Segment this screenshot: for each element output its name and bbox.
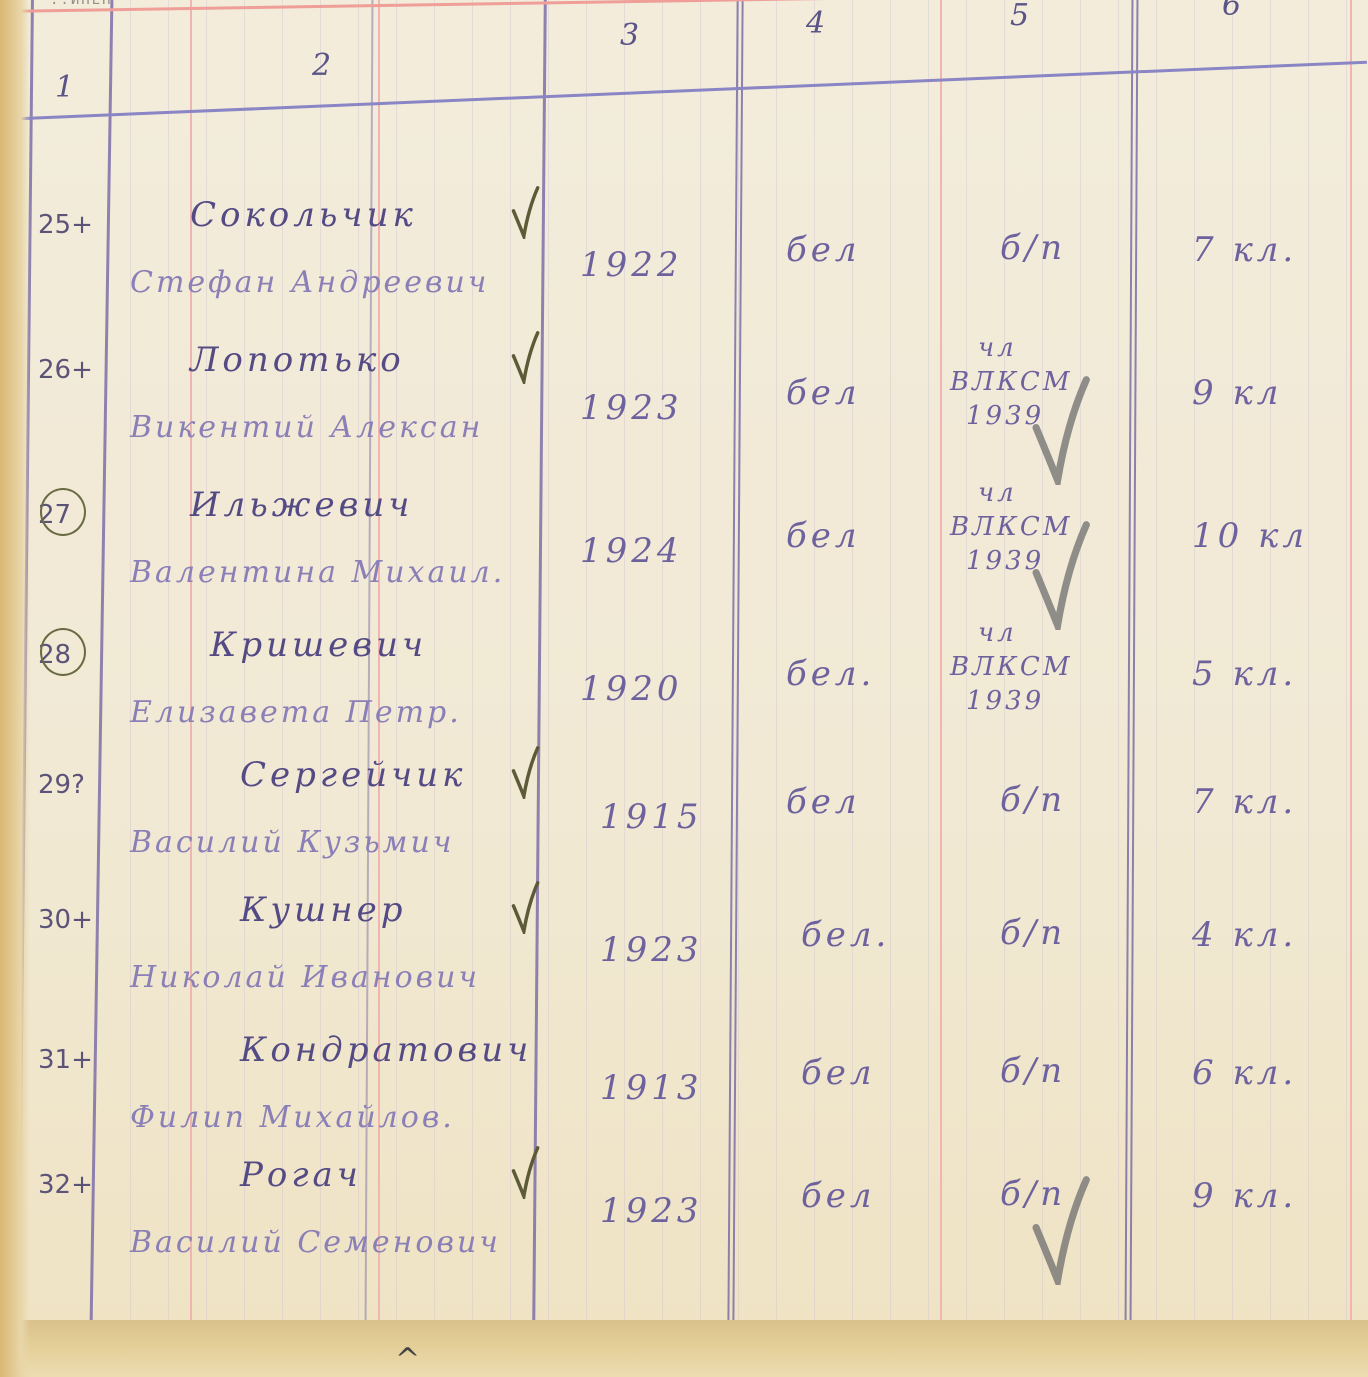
pencil-check-icon: [1020, 1175, 1100, 1285]
row-number: 31+: [38, 1045, 93, 1075]
given-names: Викентий Алексан: [130, 410, 483, 445]
surname: Кондратович: [240, 1030, 532, 1070]
surname: Рогач: [240, 1155, 362, 1195]
education: 7 кл.: [1192, 782, 1297, 822]
column-number-1: 1: [55, 70, 74, 105]
column-divider: [90, 0, 114, 1325]
party-status: чл: [978, 333, 1017, 363]
column-number-4: 4: [806, 6, 825, 41]
given-names: Елизавета Петр.: [130, 695, 462, 730]
nationality: бел: [801, 1053, 876, 1093]
given-names: Николай Иванович: [130, 960, 480, 995]
pencil-check-icon: [1020, 375, 1100, 485]
underside-mark: ^: [395, 1342, 420, 1377]
binding-edge: [0, 0, 30, 1377]
surname-check-icon: [510, 185, 540, 239]
education: 6 кл.: [1192, 1053, 1297, 1093]
pink-rule: [940, 0, 942, 1320]
party-organization: ВЛКСМ: [950, 652, 1072, 682]
row-number-circle: [40, 628, 86, 676]
party-status: б/п: [1000, 1051, 1066, 1091]
education: 9 кл: [1192, 373, 1282, 413]
page-underside: ^: [0, 1320, 1368, 1377]
nationality: бел.: [801, 915, 890, 955]
education: 10 кл: [1192, 516, 1308, 556]
pencil-check-icon: [1020, 520, 1100, 630]
given-names: Филип Михайлов.: [130, 1100, 455, 1135]
nationality: бел.: [786, 654, 875, 694]
birth-year: 1922: [580, 245, 683, 285]
faint-rule: [776, 0, 777, 1320]
faint-rule: [662, 0, 663, 1320]
faint-rule: [1156, 0, 1157, 1320]
faint-rule: [890, 0, 891, 1320]
nationality: бел: [786, 230, 861, 270]
education: 7 кл.: [1192, 230, 1297, 270]
birth-year: 1923: [600, 930, 703, 970]
faint-rule: [1080, 0, 1081, 1320]
education: 9 кл.: [1192, 1176, 1297, 1216]
surname: Сокольчик: [190, 195, 417, 235]
party-join-year: 1939: [966, 686, 1044, 716]
column-number-3: 3: [620, 18, 639, 53]
pink-rule: [1350, 0, 1352, 1320]
given-names: Стефан Андреевич: [130, 265, 489, 300]
faint-rule: [548, 0, 549, 1320]
column-number-2: 2: [312, 48, 331, 83]
birth-year: 1923: [600, 1191, 703, 1231]
top-tab-text: ..ИНЕН: [50, 0, 113, 8]
given-names: Валентина Михаил.: [130, 555, 505, 590]
row-number: 25+: [38, 210, 93, 240]
row-number: 29?: [38, 770, 85, 800]
nationality: бел: [801, 1176, 876, 1216]
faint-rule: [700, 0, 701, 1320]
surname: Сергейчик: [240, 755, 466, 795]
ledger-page: ..ИНЕН 1 2 3 4 5 6 25+СокольчикСтефан Ан…: [0, 0, 1368, 1330]
faint-rule: [472, 0, 473, 1320]
birth-year: 1915: [600, 797, 703, 837]
faint-rule: [586, 0, 587, 1320]
party-status: чл: [978, 618, 1017, 648]
party-status: б/п: [1000, 913, 1066, 953]
column-number-6: 6: [1222, 0, 1241, 23]
surname-check-icon: [510, 745, 540, 799]
column-divider-double: [727, 0, 743, 1325]
birth-year: 1920: [580, 669, 683, 709]
surname: Лопотько: [190, 340, 405, 380]
column-divider-double: [1125, 0, 1139, 1325]
column-number-5: 5: [1010, 0, 1029, 33]
education: 4 кл.: [1192, 915, 1297, 955]
faint-rule: [928, 0, 929, 1320]
faint-rule: [1346, 0, 1347, 1320]
surname-check-icon: [510, 880, 540, 934]
surname-check-icon: [510, 330, 540, 384]
row-number: 30+: [38, 905, 93, 935]
faint-rule: [1118, 0, 1119, 1320]
party-status: б/п: [1000, 780, 1066, 820]
party-status: чл: [978, 478, 1017, 508]
row-number: 32+: [38, 1170, 93, 1200]
nationality: бел: [786, 516, 861, 556]
surname: Кушнер: [240, 890, 407, 930]
birth-year: 1913: [600, 1068, 703, 1108]
surname: Кришевич: [210, 625, 427, 665]
education: 5 кл.: [1192, 654, 1297, 694]
party-status: б/п: [1000, 228, 1066, 268]
surname-check-icon: [510, 1145, 540, 1199]
row-number: 26+: [38, 355, 93, 385]
surname: Ильжевич: [190, 485, 413, 525]
given-names: Василий Семенович: [130, 1225, 501, 1260]
given-names: Василий Кузьмич: [130, 825, 455, 860]
birth-year: 1923: [580, 388, 683, 428]
nationality: бел: [786, 782, 861, 822]
nationality: бел: [786, 373, 861, 413]
row-number-circle: [40, 488, 86, 536]
faint-rule: [1308, 0, 1309, 1320]
faint-rule: [624, 0, 625, 1320]
birth-year: 1924: [580, 531, 683, 571]
